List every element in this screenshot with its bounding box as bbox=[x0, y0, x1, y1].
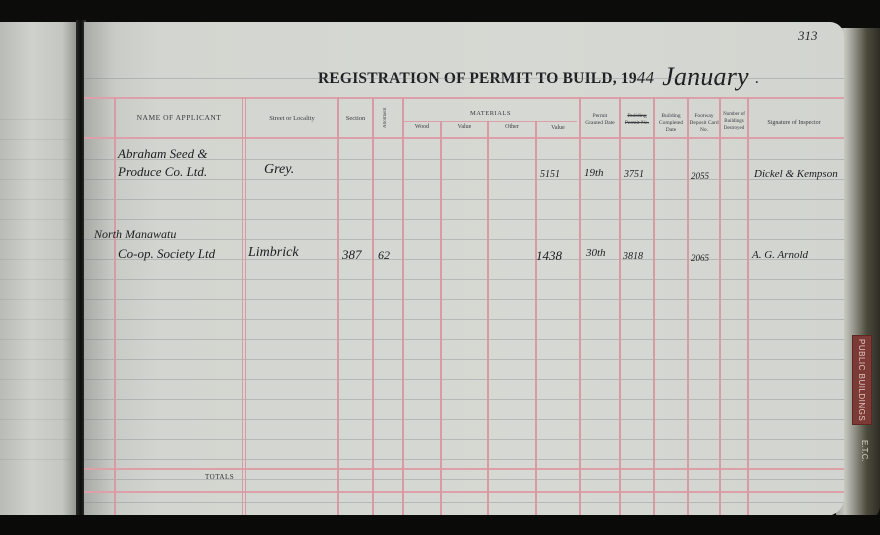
page-number: 313 bbox=[798, 28, 818, 44]
street: Grey. bbox=[264, 162, 294, 178]
applicant-name-line2: Produce Co. Ltd. bbox=[118, 164, 207, 180]
value: 5151 bbox=[540, 169, 560, 180]
header-building-permit-no: Building Permit No. bbox=[621, 113, 653, 127]
edge-note: E.T.C. bbox=[860, 440, 869, 462]
header-materials: MATERIALS bbox=[404, 110, 577, 117]
header-top-rule bbox=[84, 97, 844, 99]
page-title: REGISTRATION OF PERMIT TO BUILD, 1944Jan… bbox=[318, 60, 759, 90]
building-permit-no: 3751 bbox=[624, 169, 644, 180]
header-wood: Wood bbox=[404, 124, 440, 131]
applicant-name-line1: North Manawatu bbox=[94, 227, 176, 242]
street: Limbrick bbox=[248, 245, 299, 261]
allotment: 62 bbox=[378, 248, 390, 263]
header-other-value: Value bbox=[537, 125, 579, 132]
applicant-name-line2: Co-op. Society Ltd bbox=[118, 246, 215, 262]
inspector-signature: A. G. Arnold bbox=[752, 249, 808, 261]
header-allotment: Allotment bbox=[382, 102, 392, 134]
value: 1438 bbox=[536, 248, 562, 264]
header-building-completed-date: Building Completed Date bbox=[655, 113, 687, 134]
book-bottom-shadow bbox=[0, 515, 880, 535]
header-wood-value: Value bbox=[442, 124, 487, 131]
footway-deposit-card-no: 2065 bbox=[691, 253, 709, 263]
header-permit-granted-date: Permit Granted Date bbox=[584, 113, 616, 127]
totals-label: TOTALS bbox=[205, 473, 234, 481]
header-section: Section bbox=[339, 115, 372, 122]
header-other: Other bbox=[489, 124, 535, 131]
header-footway-deposit-card-no: Footway Deposit Card No. bbox=[689, 113, 719, 134]
permit-granted-date: 19th bbox=[584, 167, 604, 179]
section: 387 bbox=[342, 247, 362, 263]
permit-granted-date: 30th bbox=[586, 247, 606, 259]
title-month: January bbox=[662, 62, 749, 91]
index-tab-public-buildings[interactable]: PUBLIC BUILDINGS bbox=[852, 335, 872, 425]
header-bottom-rule bbox=[84, 137, 844, 139]
inspector-signature: Dickel & Kempson bbox=[754, 168, 838, 180]
header-street-or-locality: Street or Locality bbox=[247, 115, 337, 122]
header-buildings-destroyed: Number of Buildings Destroyed bbox=[720, 111, 748, 132]
ledger-page: 313 REGISTRATION OF PERMIT TO BUILD, 194… bbox=[84, 22, 844, 516]
totals-top-rule bbox=[84, 468, 844, 470]
header-name-of-applicant: NAME OF APPLICANT bbox=[116, 114, 242, 121]
footway-deposit-card-no: 2055 bbox=[691, 171, 709, 181]
totals-bottom-rule bbox=[84, 491, 844, 493]
left-page bbox=[0, 22, 78, 515]
applicant-name-line1: Abraham Seed & bbox=[118, 146, 208, 162]
header-signature-of-inspector: Signature of Inspector bbox=[749, 120, 839, 127]
building-permit-no: 3818 bbox=[623, 251, 643, 262]
